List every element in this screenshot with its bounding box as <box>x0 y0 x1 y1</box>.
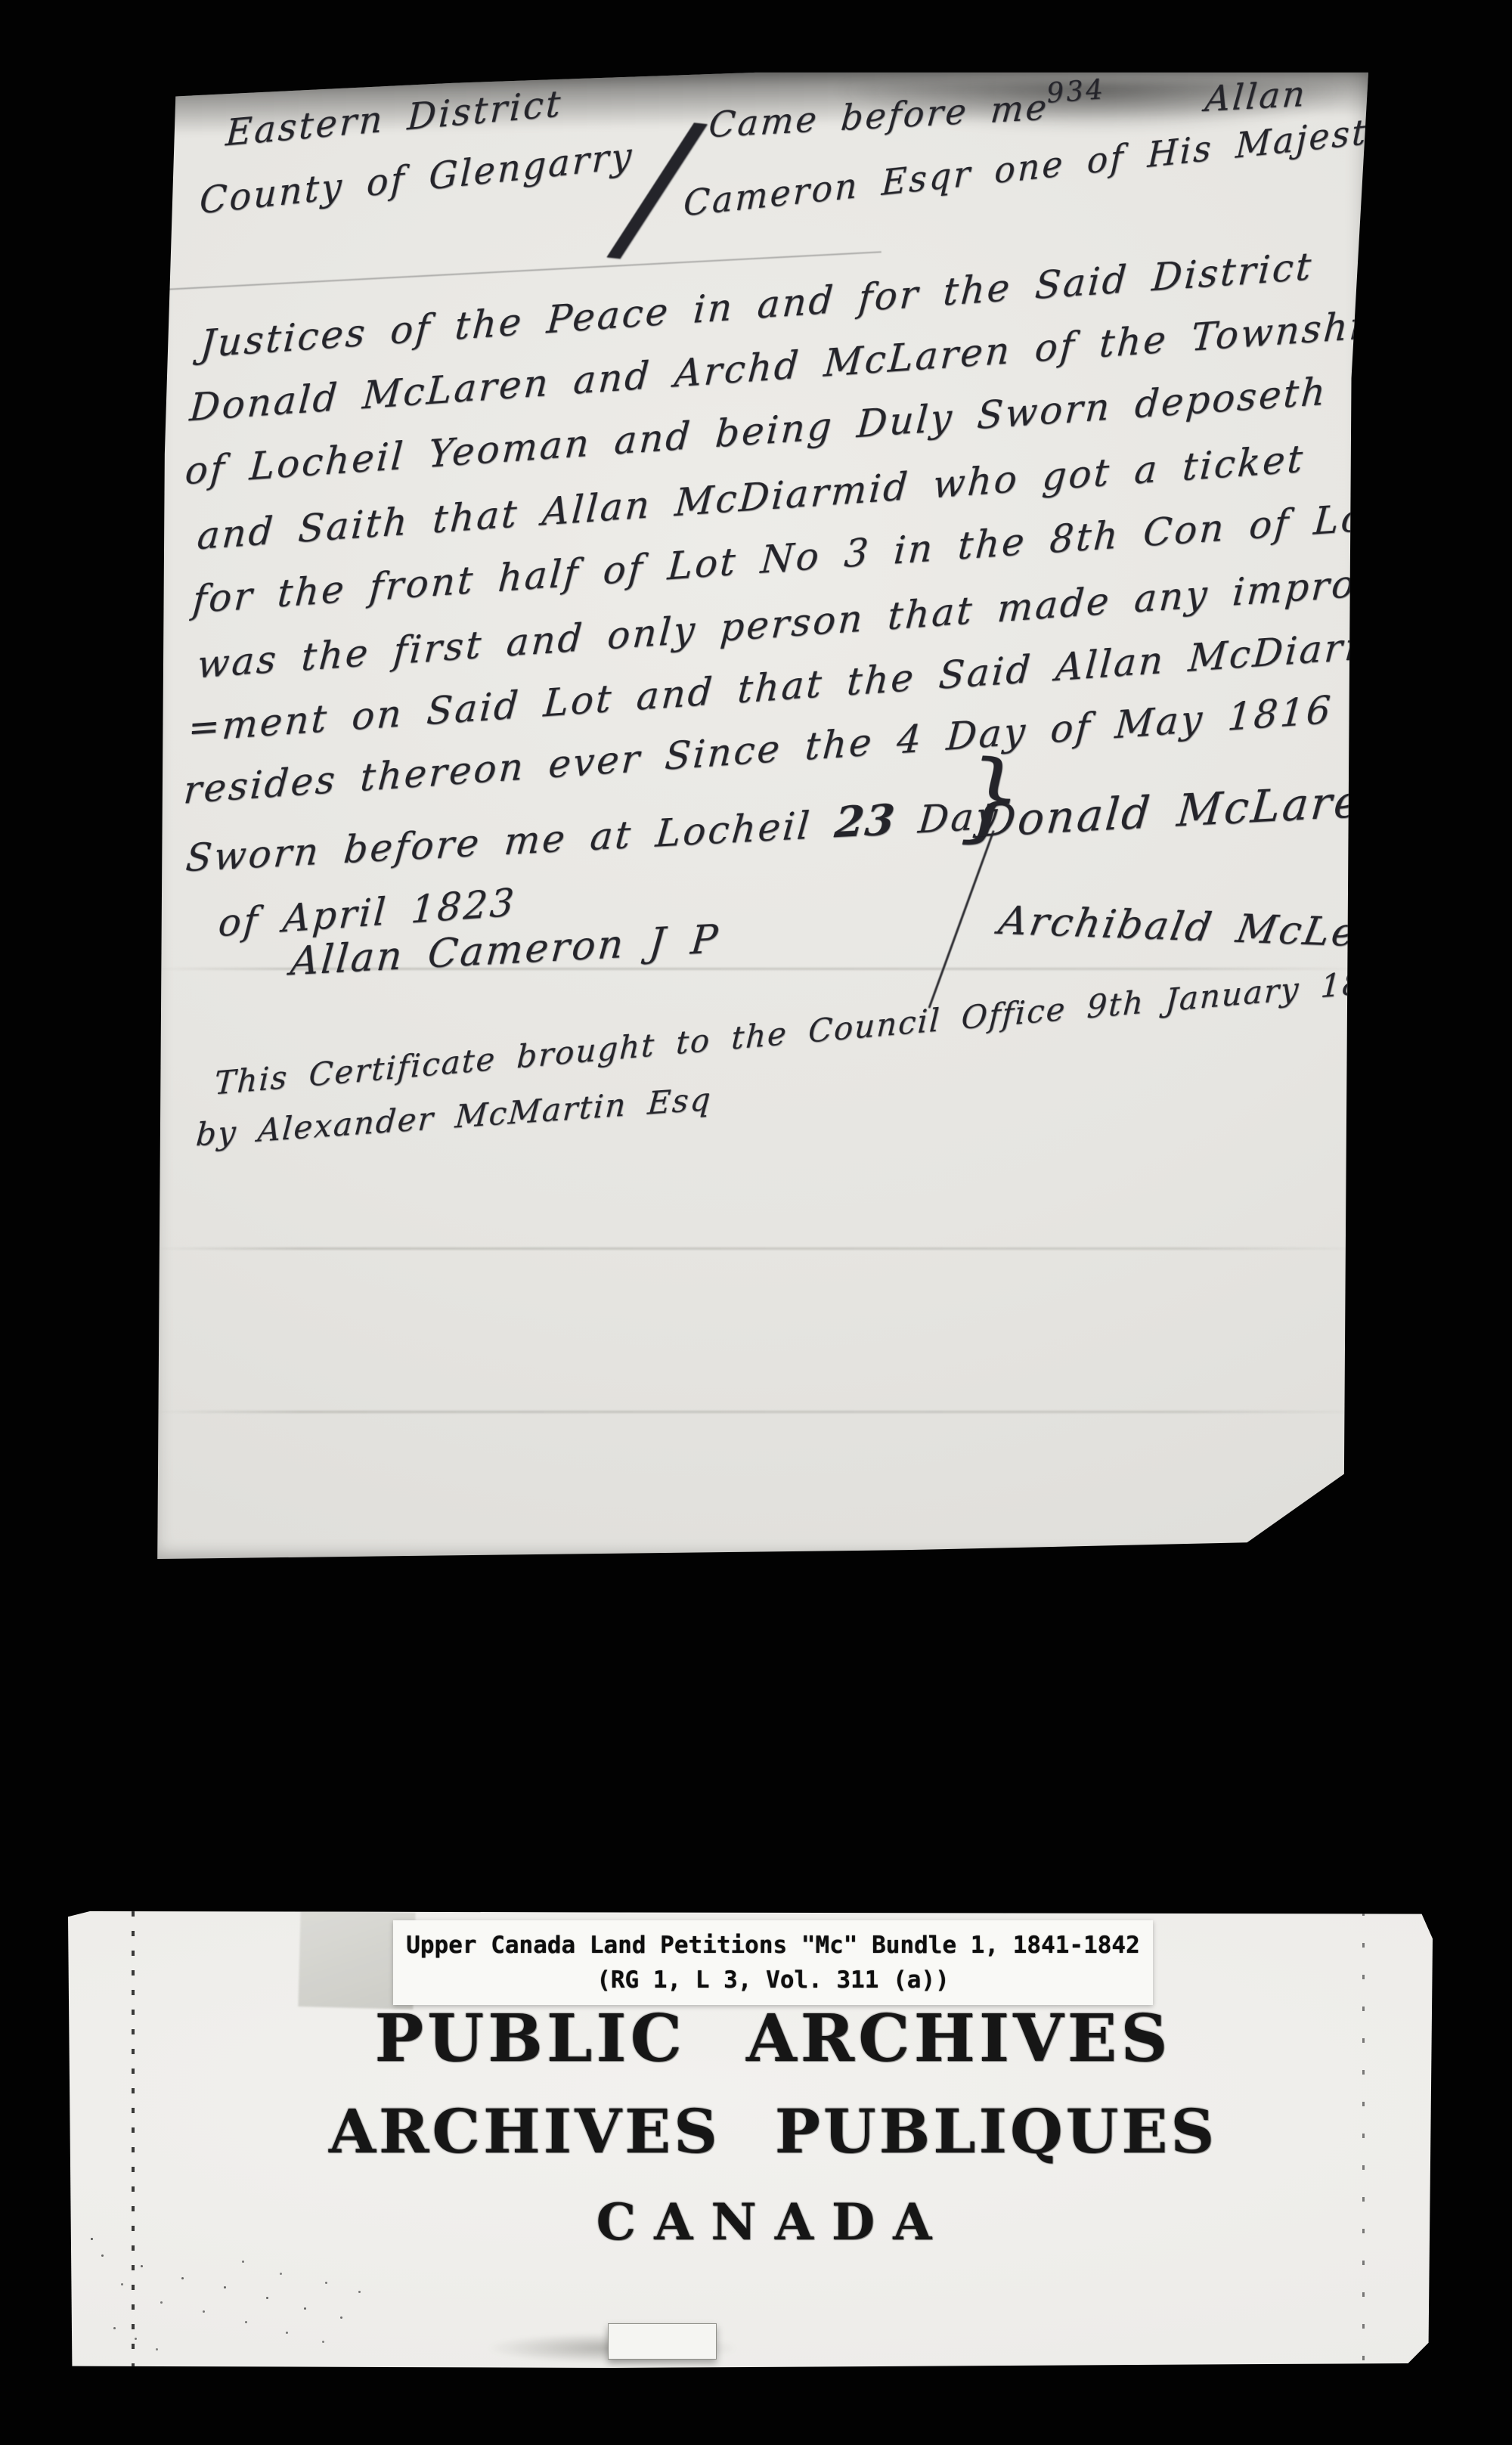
deponent-signature: Donald McLaren <box>978 773 1368 847</box>
typed-reference-label: Upper Canada Land Petitions "Mc" Bundle … <box>393 1920 1153 2005</box>
document-page: Eastern District County of Glengarry / 9… <box>155 68 1368 1559</box>
scanned-archive-image: Eastern District County of Glengarry / 9… <box>0 0 1512 2445</box>
reference-label-line: Upper Canada Land Petitions "Mc" Bundle … <box>406 1928 1140 1963</box>
stamp-title-english: PUBLIC ARCHIVES <box>325 2000 1221 2077</box>
dust-speckles <box>91 2238 93 2240</box>
stamp-country: CANADA <box>325 2192 1221 2251</box>
reference-label-line: (RG 1, L 3, Vol. 311 (a)) <box>596 1963 950 1997</box>
paper-crease <box>155 1411 1368 1413</box>
deponent-signature: Archibald McLeran <box>995 898 1368 959</box>
card-right-seam <box>1362 1911 1365 2368</box>
paper-crease <box>155 1247 1368 1250</box>
stamp-title-french: ARCHIVES PUBLIQUES <box>325 2096 1221 2167</box>
jurat-day-number: 23 <box>832 795 897 848</box>
card-left-seam <box>132 1911 135 2368</box>
signature-flourish-stroke <box>928 830 994 1009</box>
jurat-text: Sworn before me at Locheil <box>184 802 836 880</box>
archive-card: Upper Canada Land Petitions "Mc" Bundle … <box>68 1911 1433 2368</box>
docket-note-line: This Certificate brought to the Council … <box>213 960 1368 1102</box>
small-sticker <box>608 2323 717 2360</box>
